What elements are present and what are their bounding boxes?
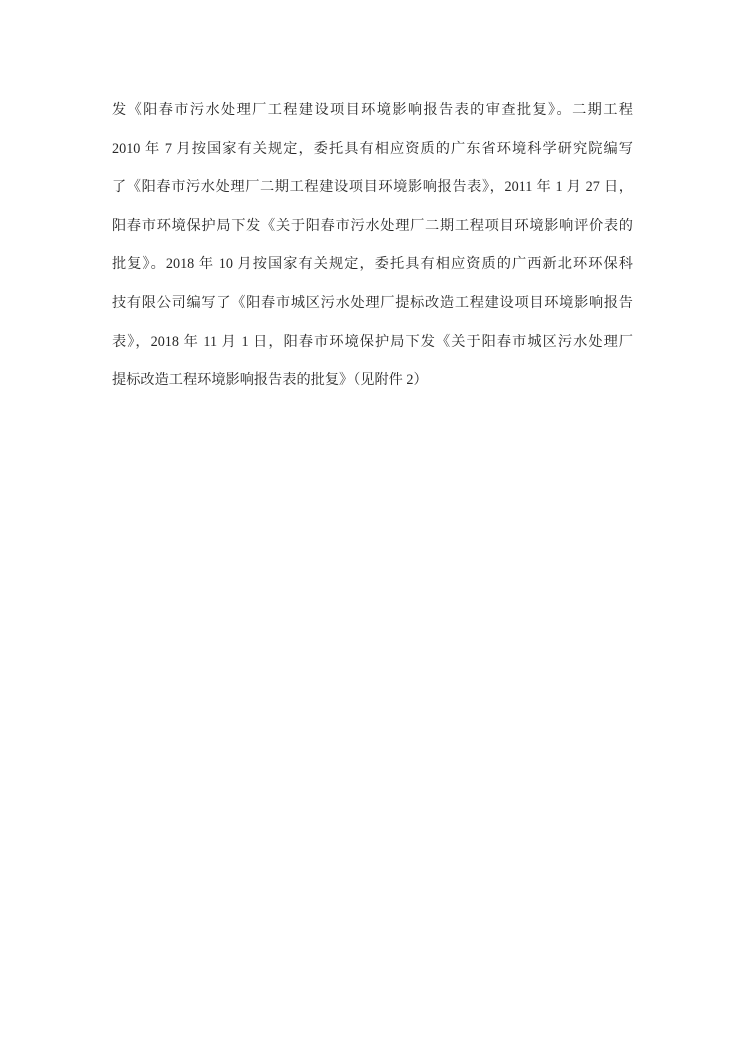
paragraph-line: 2010 年 7 月按国家有关规定，委托具有相应资质的广东省环境科学研究院编写 xyxy=(112,130,633,169)
paragraph-line: 技有限公司编写了《阳春市城区污水处理厂提标改造工程建设项目环境影响报告 xyxy=(112,284,633,323)
paragraph-line: 提标改造工程环境影响报告表的批复》（见附件 2） xyxy=(112,361,633,400)
paragraph-line: 了《阳春市污水处理厂二期工程建设项目环境影响报告表》，2011 年 1 月 27… xyxy=(112,168,633,207)
paragraph-line: 阳春市环境保护局下发《关于阳春市污水处理厂二期工程项目环境影响评价表的 xyxy=(112,207,633,246)
paragraph-line: 批复》。2018 年 10 月按国家有关规定，委托具有相应资质的广西新北环环保科 xyxy=(112,245,633,284)
document-page: 发《阳春市污水处理厂工程建设项目环境影响报告表的审查批复》。二期工程 2010 … xyxy=(0,0,743,1050)
paragraph-line: 发《阳春市污水处理厂工程建设项目环境影响报告表的审查批复》。二期工程 xyxy=(112,91,633,130)
paragraph-line: 表》，2018 年 11 月 1 日，阳春市环境保护局下发《关于阳春市城区污水处… xyxy=(112,323,633,362)
paragraph-block: 发《阳春市污水处理厂工程建设项目环境影响报告表的审查批复》。二期工程 2010 … xyxy=(112,91,633,400)
